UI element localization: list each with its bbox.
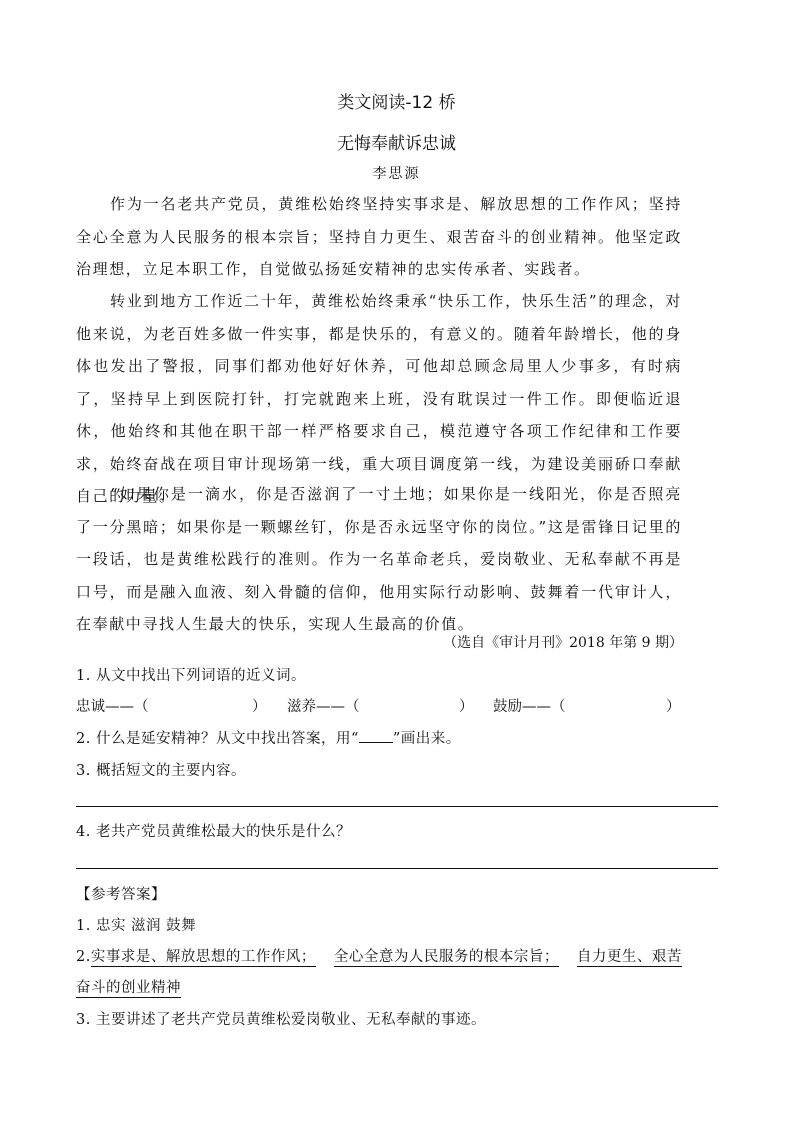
q1-item-3-label: 鼓励——（ <box>493 695 566 716</box>
question-3: 3. 概括短文的主要内容。 <box>76 759 246 780</box>
question-4: 4. 老共产党员黄维松最大的快乐是什么？ <box>76 820 351 841</box>
answer-2-part-2: 全心全意为人民服务的根本宗旨； <box>334 949 559 967</box>
answer-line-q3 <box>76 806 718 807</box>
answer-3: 3. 主要讲述了老共产党员黄维松爱岗敬业、无私奉献的事迹。 <box>76 1008 486 1029</box>
question-2: 2. 什么是延安精神？从文中找出答案，用“”画出来。 <box>76 727 461 748</box>
page-title: 类文阅读-12 桥 <box>0 88 793 113</box>
answer-2-line-2: 奋斗的创业精神 <box>76 976 181 997</box>
q1-item-2-close: ） <box>459 695 474 716</box>
answer-line-q4 <box>76 868 718 869</box>
q1-item-1-label: 忠诚——（ <box>76 695 149 716</box>
answer-2-part-3: 自力更生、艰苦 <box>577 949 682 967</box>
underline-sample <box>359 730 393 743</box>
answers-heading: 【参考答案】 <box>76 883 166 904</box>
question-1: 1. 从文中找出下列词语的近义词。 <box>76 664 306 685</box>
article-author: 李思源 <box>0 163 793 183</box>
answer-2-part-1: 实事求是、解放思想的工作作风； <box>91 949 316 967</box>
answer-1: 1. 忠实 滋润 鼓舞 <box>76 914 196 935</box>
q2-prefix: 2. 什么是延安精神？从文中找出答案，用“ <box>76 731 359 747</box>
article-paragraph-1: 作为一名老共产党员，黄维松始终坚持实事求是、解放思想的工作作风；坚持全心全意为人… <box>76 188 682 286</box>
q1-item-1-close: ） <box>252 695 267 716</box>
answer-2-number: 2. <box>76 949 91 965</box>
answer-2-line-1: 2.实事求是、解放思想的工作作风；全心全意为人民服务的根本宗旨；自力更生、艰苦 <box>76 945 682 966</box>
q2-suffix: ”画出来。 <box>393 731 461 747</box>
q1-item-3-close: ） <box>666 695 681 716</box>
article-source: （选自《审计月刊》2018 年第 9 期） <box>443 632 683 652</box>
answer-2-part-3-cont: 奋斗的创业精神 <box>76 980 181 998</box>
q1-item-2-label: 滋养——（ <box>287 695 360 716</box>
article-title: 无悔奉献诉忠诚 <box>0 129 793 154</box>
article-paragraph-3: “如果你是一滴水，你是否滋润了一寸土地；如果你是一线阳光，你是否照亮了一分黑暗；… <box>76 478 682 641</box>
